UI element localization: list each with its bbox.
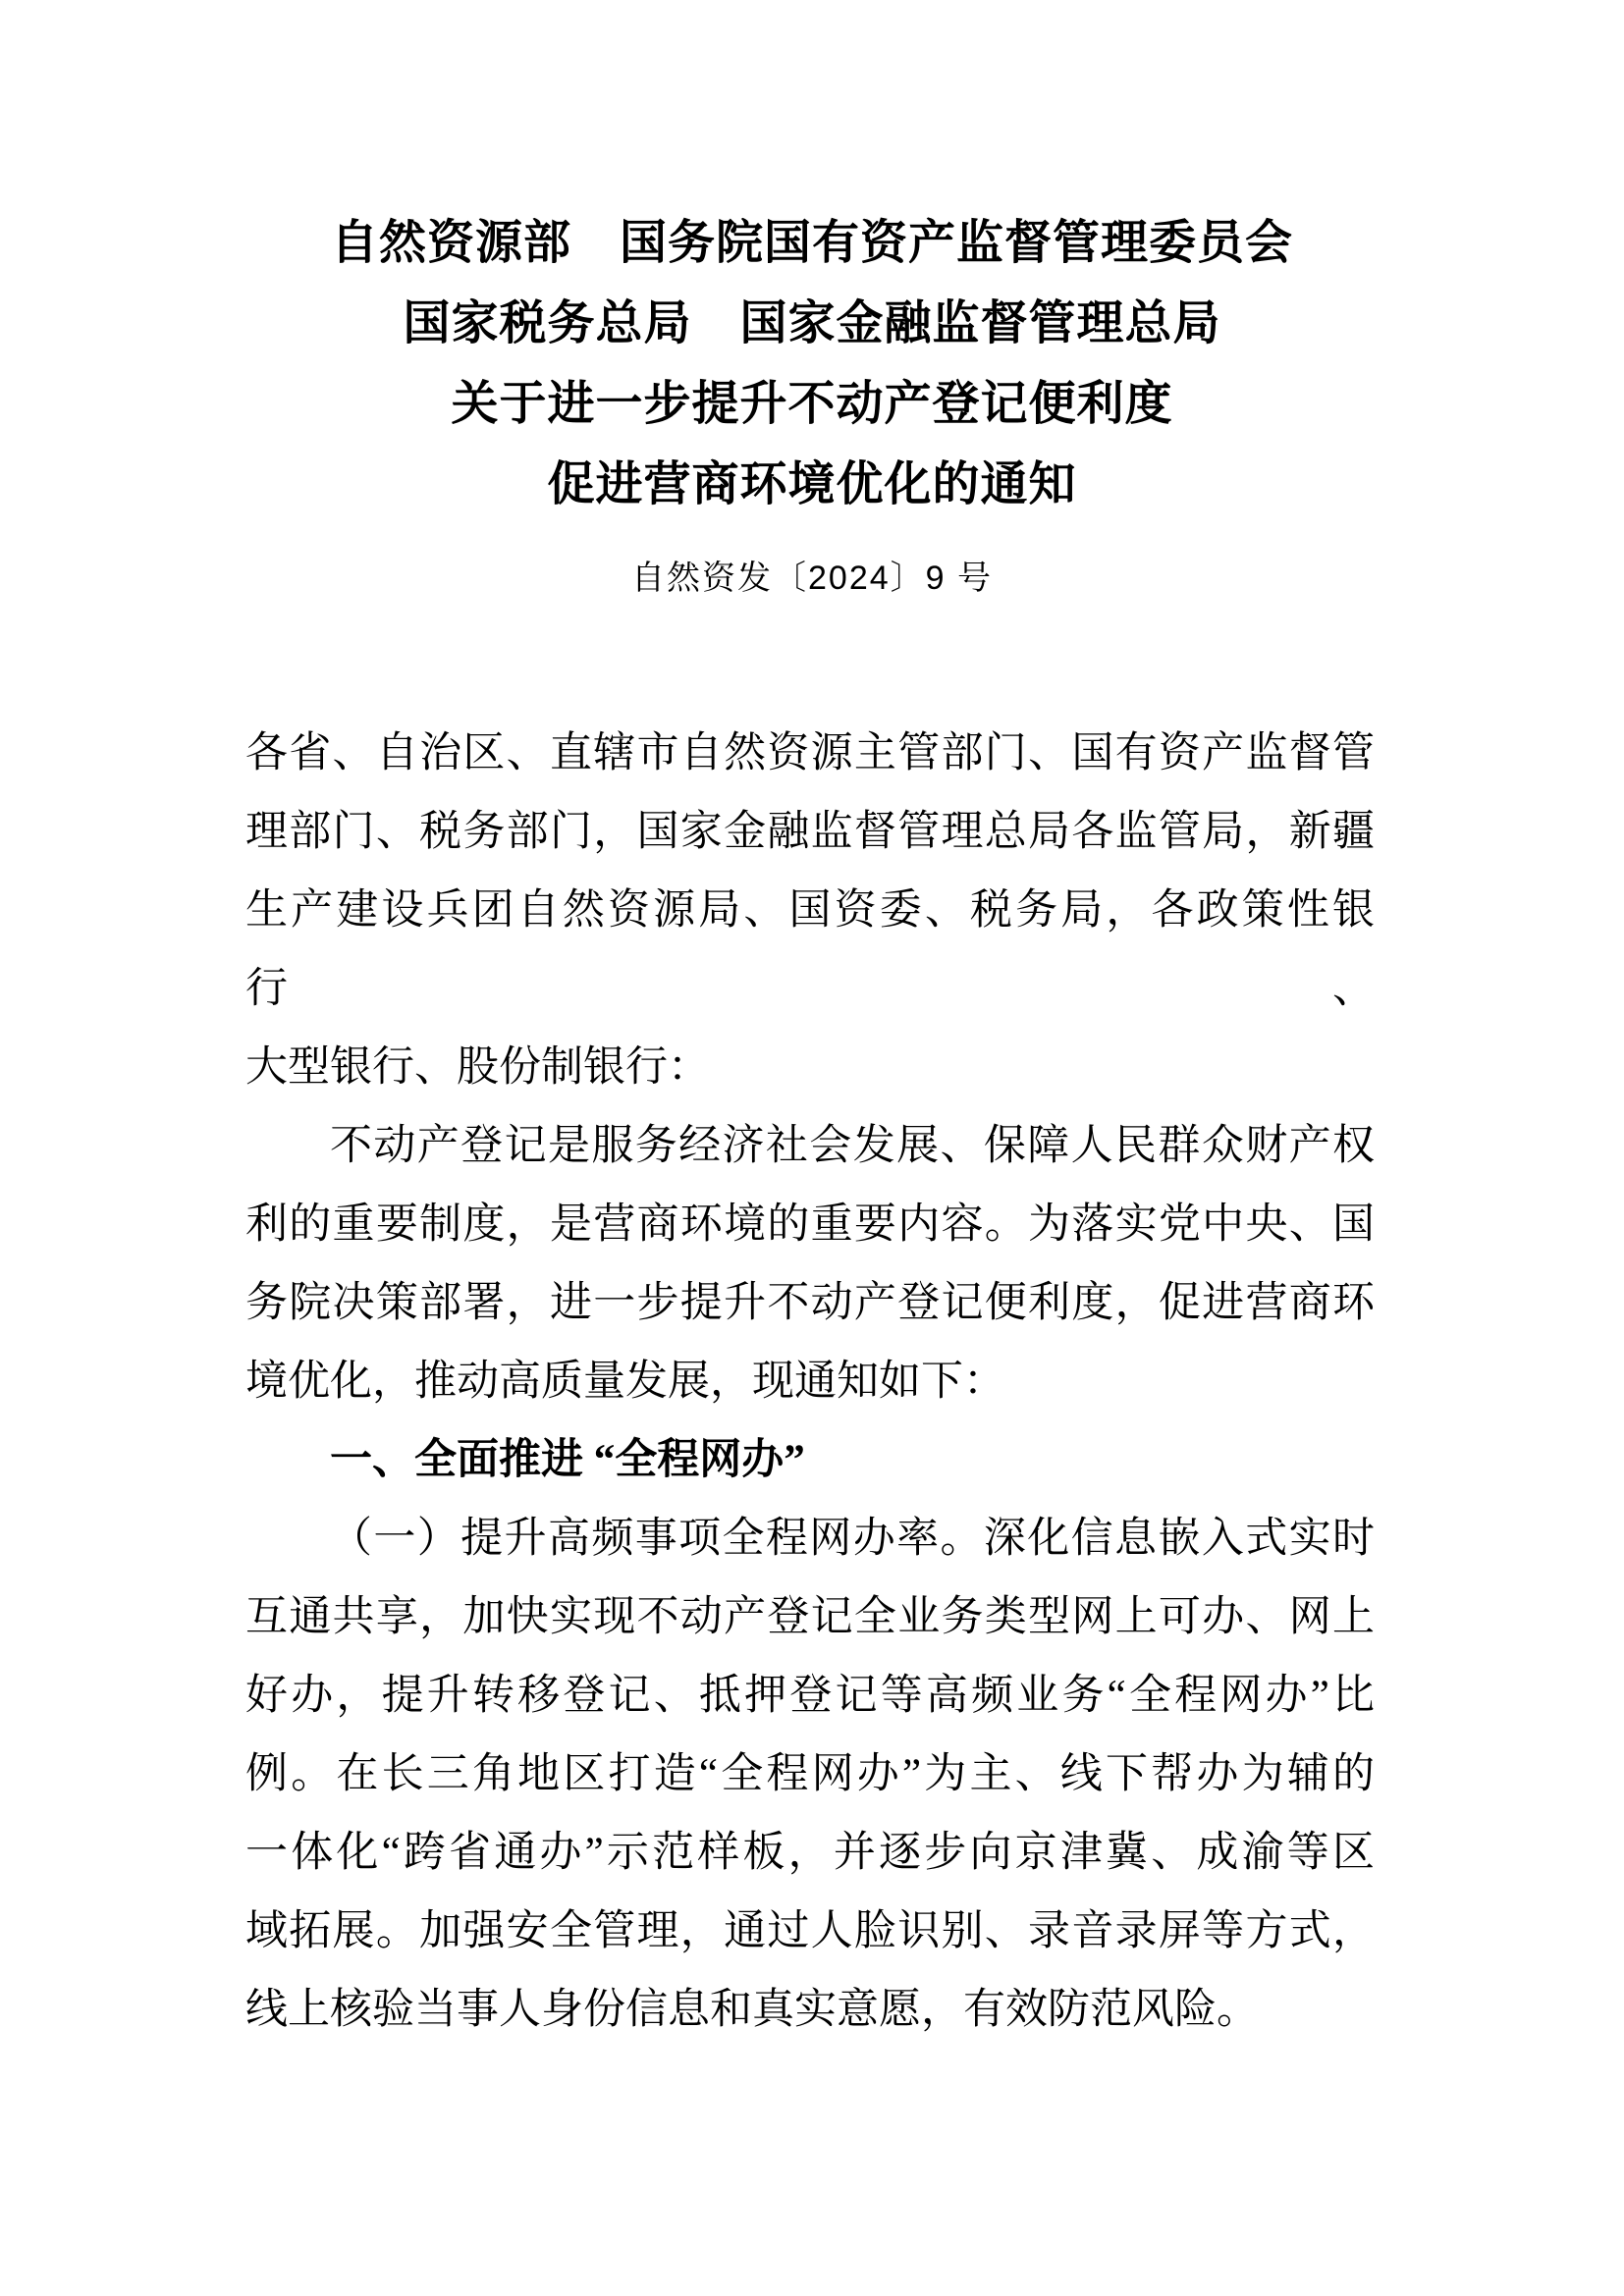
body-line-13: 例。在长三角地区打造“全程网办”为主、线下帮办为辅的 [245,1735,1375,1814]
title-line-subject-2: 促进营商环境优化的通知 [0,445,1624,525]
body-line-1: 各省、自治区、直辖市自然资源主管部门、国有资产监督管 [245,715,1375,793]
body-line-7: 务院决策部署，进一步提升不动产登记便利度，促进营商环 [245,1264,1375,1343]
body-line-8: 境优化，推动高质量发展，现通知如下： [245,1343,1375,1421]
document-page: 自然资源部 国务院国有资产监督管理委员会 国家税务总局 国家金融监督管理总局 关… [0,0,1624,2296]
body-line-4: 大型银行、股份制银行： [245,1029,1375,1107]
title-line-subject-1: 关于进一步提升不动产登记便利度 [0,364,1624,445]
section-heading-1: 一、全面推进 “全程网办” [245,1421,1375,1500]
body-line-5: 不动产登记是服务经济社会发展、保障人民群众财产权 [245,1107,1375,1186]
title-line-issuing-agencies-1: 自然资源部 国务院国有资产监督管理委员会 [0,203,1624,284]
title-line-issuing-agencies-2: 国家税务总局 国家金融监督管理总局 [0,284,1624,364]
body-line-10: （一）提升高频事项全程网办率。深化信息嵌入式实时 [245,1500,1375,1578]
body-line-16: 线上核验当事人身份信息和真实意愿，有效防范风险。 [245,1971,1375,2050]
document-body: 各省、自治区、直辖市自然资源主管部门、国有资产监督管 理部门、税务部门，国家金融… [245,715,1375,2050]
body-line-15: 域拓展。加强安全管理，通过人脸识别、录音录屏等方式， [245,1893,1375,1971]
body-line-12: 好办，提升转移登记、抵押登记等高频业务“全程网办”比 [245,1657,1375,1735]
body-line-11: 互通共享，加快实现不动产登记全业务类型网上可办、网上 [245,1578,1375,1657]
document-title: 自然资源部 国务院国有资产监督管理委员会 国家税务总局 国家金融监督管理总局 关… [0,203,1624,525]
body-line-14: 一体化“跨省通办”示范样板，并逐步向京津冀、成渝等区 [245,1814,1375,1893]
body-line-6: 利的重要制度，是营商环境的重要内容。为落实党中央、国 [245,1186,1375,1264]
body-line-2: 理部门、税务部门，国家金融监督管理总局各监管局，新疆 [245,793,1375,872]
document-number: 自然资发〔2024〕9 号 [0,553,1624,604]
body-line-3: 生产建设兵团自然资源局、国资委、税务局，各政策性银行、 [245,872,1375,1029]
